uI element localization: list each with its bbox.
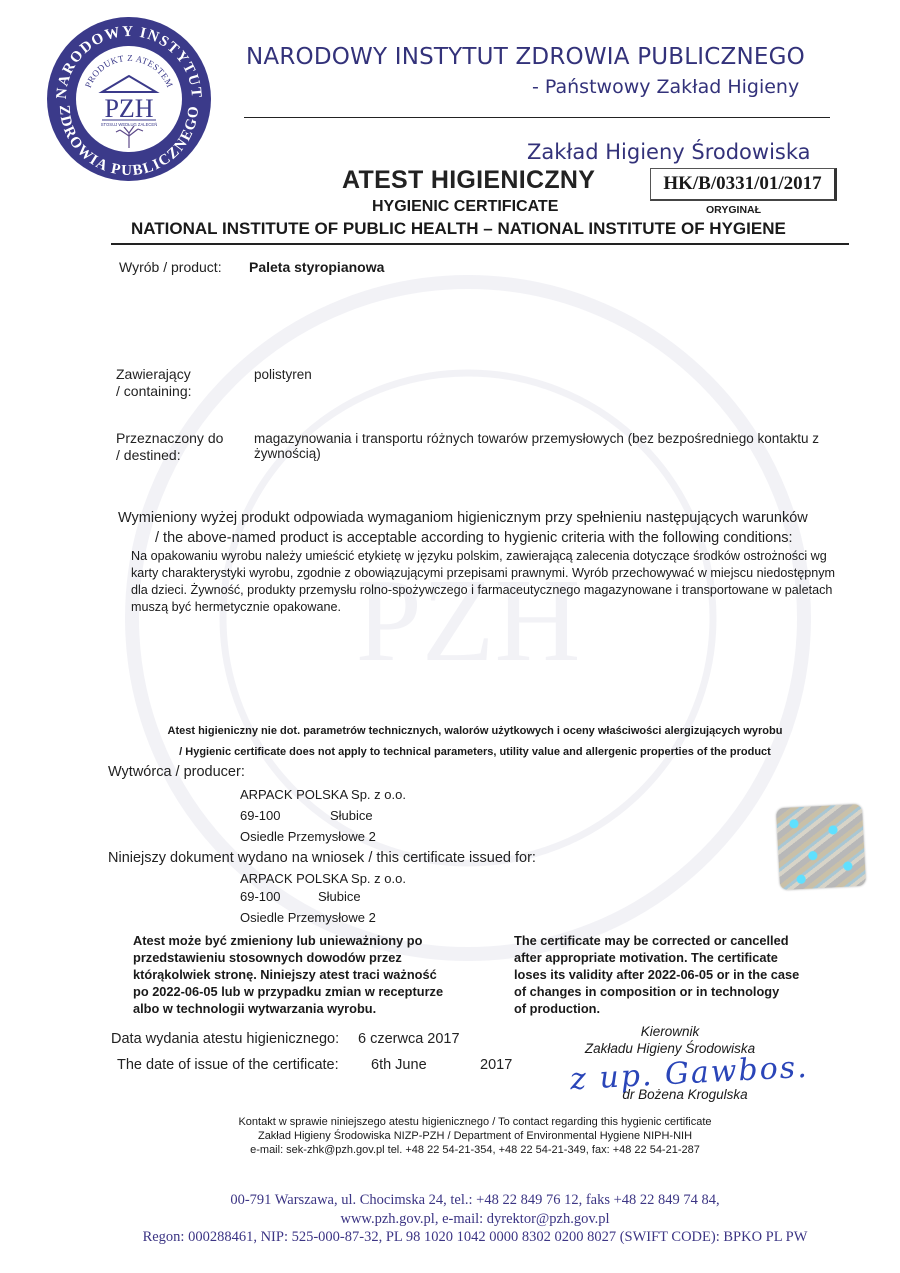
institute-name-en: NATIONAL INSTITUTE OF PUBLIC HEALTH – NA… [131,219,786,239]
destined-label-en: / destined: [116,447,181,463]
issue-date-value-pl: 6 czerwca 2017 [358,1031,460,1047]
footer-web-email: www.pzh.gov.pl, e-mail: dyrektor@pzh.gov… [100,1210,850,1229]
title-divider [111,243,849,245]
containing-label-en: / containing: [116,383,192,399]
product-label: Wyrób / product: [119,259,222,275]
producer-city: Słubice [330,808,373,823]
product-value: Paleta styropianowa [249,259,384,275]
issue-date-year-en: 2017 [480,1057,512,1073]
destined-label: Przeznaczony do [116,430,223,446]
conditions-intro-pl: Wymieniony wyżej produkt odpowiada wymag… [118,510,808,526]
issued-for-name: ARPACK POLSKA Sp. z o.o. [240,871,406,886]
disclaimer-en: / Hygienic certificate does not apply to… [100,746,850,758]
signatory-title: Kierownik [560,1024,780,1039]
producer-name: ARPACK POLSKA Sp. z o.o. [240,787,406,802]
institute-name: NARODOWY INSTYTUT ZDROWIA PUBLICZNEGO [246,44,805,70]
original-label: ORYGINAŁ [706,204,761,216]
header-divider [244,117,830,118]
contact-line-1: Kontakt w sprawie niniejszego atestu hig… [100,1115,850,1129]
issue-date-label-pl: Data wydania atestu higienicznego: [111,1031,339,1047]
destined-value: magazynowania i transportu różnych towar… [254,431,819,446]
pzh-seal-logo: NARODOWY INSTYTUT ZDROWIA PUBLICZNEGO PR… [44,14,214,184]
containing-value: polistyren [254,367,312,382]
certificate-number: HK/B/0331/01/2017 [650,168,837,201]
issue-date-value-en: 6th June [371,1057,427,1073]
subinstitute-name: - Państwowy Zakład Higieny [532,76,799,98]
issue-date-label-en: The date of issue of the certificate: [117,1057,339,1073]
footer-bank-details: Regon: 000288461, NIP: 525-000-87-32, PL… [100,1228,850,1247]
producer-street: Osiedle Przemysłowe 2 [240,829,376,844]
validity-en: The certificate may be corrected or canc… [514,932,854,1017]
disclaimer-pl: Atest higieniczny nie dot. parametrów te… [100,725,850,737]
issued-for-postal-code: 69-100 [240,889,280,904]
certificate-subtitle: HYGIENIC CERTIFICATE [372,198,558,216]
conditions-text: Na opakowaniu wyrobu należy umieścić ety… [131,548,851,616]
destined-value-cont: żywnością) [254,446,321,461]
producer-label: Wytwórca / producer: [108,764,245,780]
certificate-title: ATEST HIGIENICZNY [342,166,595,195]
department-name: Zakład Higieny Środowiska [527,140,811,164]
svg-text:PZH: PZH [104,94,153,123]
conditions-intro-en: / the above-named product is acceptable … [155,530,793,546]
validity-pl: Atest może być zmieniony lub unieważnion… [133,932,503,1017]
contact-line-3: e-mail: sek-zhk@pzh.gov.pl tel. +48 22 5… [100,1143,850,1157]
issued-for-label: Niniejszy dokument wydano na wniosek / t… [108,850,536,866]
hologram-sticker [776,804,866,890]
signatory-name: dr Bożena Krogulska [575,1087,795,1102]
footer-address: 00-791 Warszawa, ul. Chocimska 24, tel.:… [100,1191,850,1210]
issued-for-city: Słubice [318,889,361,904]
containing-label: Zawierający [116,366,191,382]
svg-text:STOSUJ WEDŁUG ZALECEŃ: STOSUJ WEDŁUG ZALECEŃ [101,122,157,127]
issued-for-street: Osiedle Przemysłowe 2 [240,910,376,925]
producer-postal-code: 69-100 [240,808,280,823]
contact-line-2: Zakład Higieny Środowiska NIZP-PZH / Dep… [100,1129,850,1143]
